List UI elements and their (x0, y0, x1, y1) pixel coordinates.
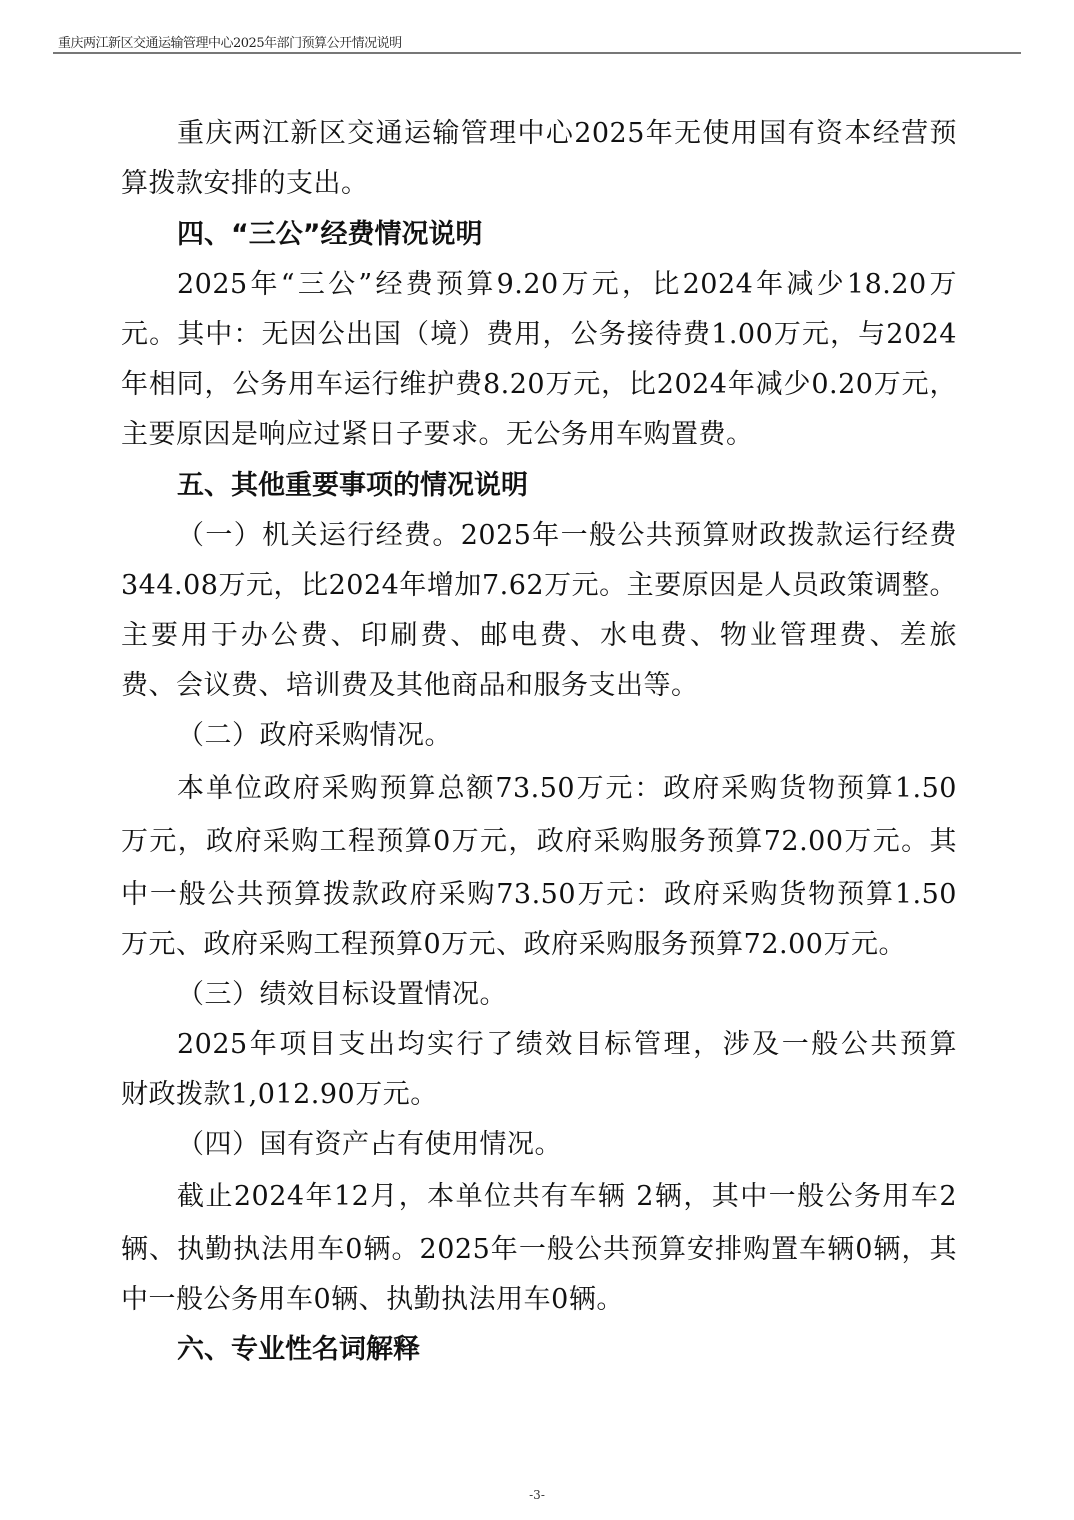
paragraph-line: 辆、执勤执法用车0辆。2025年一般公共预算安排购置车辆0辆，其 (121, 1233, 957, 1267)
paragraph-line: 2025年“三公”经费预算9.20万元，比2024年减少18.20万 (177, 268, 957, 302)
paragraph-line: 主要原因是响应过紧日子要求。无公务用车购置费。 (121, 418, 754, 452)
paragraph-line: 算拨款安排的支出。 (121, 167, 369, 201)
section-heading-4: 四、“三公”经费情况说明 (177, 218, 483, 252)
page-number: -3- (0, 1488, 1074, 1502)
paragraph-line: 截止2024年12月，本单位共有车辆 2辆，其中一般公务用车2 (177, 1180, 957, 1214)
paragraph-line: 中一般公务用车0辆、执勤执法用车0辆。 (121, 1283, 624, 1317)
paragraph-line: 年相同，公务用车运行维护费8.20万元，比2024年减少0.20万元， (121, 368, 957, 402)
section-heading-5: 五、其他重要事项的情况说明 (177, 469, 528, 503)
paragraph-line: 元。其中：无因公出国（境）费用，公务接待费1.00万元，与2024 (121, 318, 957, 352)
paragraph-line: 重庆两江新区交通运输管理中心2025年无使用国有资本经营预 (177, 117, 957, 151)
paragraph-line: 主要用于办公费、印刷费、邮电费、水电费、物业管理费、差旅 (121, 619, 957, 653)
paragraph-line: 2025年项目支出均实行了绩效目标管理，涉及一般公共预算 (177, 1028, 957, 1062)
header-divider (53, 52, 1021, 54)
paragraph-line: 财政拨款1,012.90万元。 (121, 1078, 438, 1112)
paragraph-line: 本单位政府采购预算总额73.50万元：政府采购货物预算1.50 (177, 772, 957, 806)
paragraph-line: 344.08万元，比2024年增加7.62万元。主要原因是人员政策调整。 (121, 569, 957, 603)
document-header-title: 重庆两江新区交通运输管理中心2025年部门预算公开情况说明 (58, 32, 402, 51)
subsection-title-4: （四）国有资产占有使用情况。 (177, 1128, 562, 1162)
paragraph-line: 中一般公共预算拨款政府采购73.50万元：政府采购货物预算1.50 (121, 878, 957, 912)
subsection-title-2: （二）政府采购情况。 (177, 719, 452, 753)
paragraph-line: 万元，政府采购工程预算0万元，政府采购服务预算72.00万元。其 (121, 825, 957, 859)
paragraph-line: 万元、政府采购工程预算0万元、政府采购服务预算72.00万元。 (121, 928, 906, 962)
subsection-title-3: （三）绩效目标设置情况。 (177, 978, 507, 1012)
paragraph-line: 费、会议费、培训费及其他商品和服务支出等。 (121, 669, 699, 703)
section-heading-6: 六、专业性名词解释 (177, 1333, 420, 1367)
paragraph-line: （一）机关运行经费。2025年一般公共预算财政拨款运行经费 (177, 519, 957, 553)
